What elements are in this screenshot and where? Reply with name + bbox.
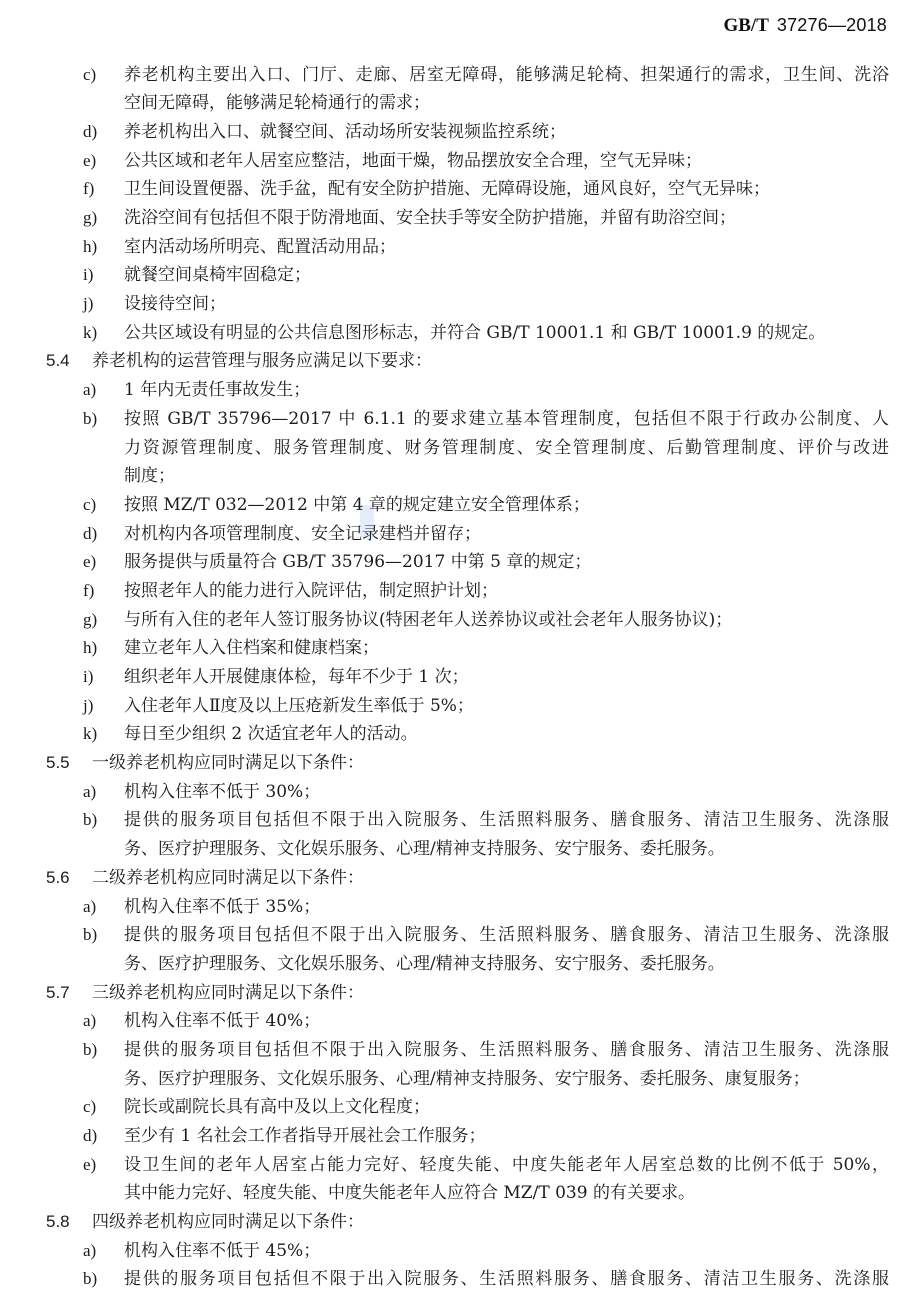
standard-code-header: GB/T37276—2018 xyxy=(723,12,887,38)
item-label: b) xyxy=(83,405,97,434)
list-item: i) 就餐空间桌椅牢固稳定； xyxy=(0,261,919,290)
item-label: j) xyxy=(83,692,93,721)
item-label: a) xyxy=(83,1237,96,1266)
item-text: 制度； xyxy=(124,462,889,491)
clause-heading-5-4: 5.4 养老机构的运营管理与服务应满足以下要求： xyxy=(0,347,919,376)
list-item-continuation: 务、医疗护理服务、文化娱乐服务、心理/精神支持服务、安宁服务、委托服务、康复服务… xyxy=(0,1065,919,1094)
list-item-continuation: 制度； xyxy=(0,462,919,491)
list-item: a) 1 年内无责任事故发生； xyxy=(0,376,919,405)
list-item: e) 设卫生间的老年人居室占能力完好、轻度失能、中度失能老年人居室总数的比例不低… xyxy=(0,1151,919,1180)
item-text: 设卫生间的老年人居室占能力完好、轻度失能、中度失能老年人居室总数的比例不低于 5… xyxy=(124,1151,889,1180)
list-item: e) 服务提供与质量符合 GB/T 35796—2017 中第 5 章的规定； xyxy=(0,548,919,577)
item-label: e) xyxy=(83,548,96,577)
item-text: 提供的服务项目包括但不限于出入院服务、生活照料服务、膳食服务、清洁卫生服务、洗涤… xyxy=(124,806,889,835)
item-label: h) xyxy=(83,233,97,262)
clause-heading-5-8: 5.8 四级养老机构应同时满足以下条件： xyxy=(0,1208,919,1237)
list-item-continuation: 空间无障碍，能够满足轮椅通行的需求； xyxy=(0,89,919,118)
item-text: 机构入住率不低于 35%； xyxy=(124,893,889,922)
item-label: a) xyxy=(83,893,96,922)
item-text: 按照 MZ/T 032—2012 中第 4 章的规定建立安全管理体系； xyxy=(124,491,889,520)
clause-title: 一级养老机构应同时满足以下条件： xyxy=(92,749,364,778)
item-text: 洗浴空间有包括但不限于防滑地面、安全扶手等安全防护措施，并留有助浴空间； xyxy=(124,204,889,233)
item-text: 1 年内无责任事故发生； xyxy=(124,376,889,405)
item-label: c) xyxy=(83,1093,96,1122)
item-text: 建立老年人入住档案和健康档案； xyxy=(124,634,889,663)
clause-title: 养老机构的运营管理与服务应满足以下要求： xyxy=(92,347,432,376)
list-item: f) 卫生间设置便器、洗手盆，配有安全防护措施、无障碍设施，通风良好，空气无异味… xyxy=(0,175,919,204)
list-item: c) 养老机构主要出入口、门厅、走廊、居室无障碍，能够满足轮椅、担架通行的需求，… xyxy=(0,61,919,90)
item-text: 组织老年人开展健康体检，每年不少于 1 次； xyxy=(124,663,889,692)
item-text: 机构入住率不低于 30%； xyxy=(124,778,889,807)
clause-heading-5-7: 5.7 三级养老机构应同时满足以下条件： xyxy=(0,979,919,1008)
item-text: 空间无障碍，能够满足轮椅通行的需求； xyxy=(124,89,889,118)
list-item: b) 提供的服务项目包括但不限于出入院服务、生活照料服务、膳食服务、清洁卫生服务… xyxy=(0,921,919,950)
item-text: 提供的服务项目包括但不限于出入院服务、生活照料服务、膳食服务、清洁卫生服务、洗涤… xyxy=(124,1265,889,1294)
item-text: 对机构内各项管理制度、安全记录建档并留存； xyxy=(124,520,889,549)
item-text: 提供的服务项目包括但不限于出入院服务、生活照料服务、膳食服务、清洁卫生服务、洗涤… xyxy=(124,1036,889,1065)
list-item: k) 每日至少组织 2 次适宜老年人的活动。 xyxy=(0,720,919,749)
clause-title: 四级养老机构应同时满足以下条件： xyxy=(92,1208,364,1237)
item-text: 与所有入住的老年人签订服务协议(特困老年人送养协议或社会老年人服务协议)； xyxy=(124,606,889,635)
item-label: b) xyxy=(83,806,97,835)
item-text: 机构入住率不低于 45%； xyxy=(124,1237,889,1266)
list-item: j) 设接待空间； xyxy=(0,290,919,319)
standard-number: 37276—2018 xyxy=(777,15,887,35)
item-text: 公共区域设有明显的公共信息图形标志，并符合 GB/T 10001.1 和 GB/… xyxy=(124,319,889,348)
item-label: i) xyxy=(83,261,93,290)
list-item-continuation: 务、医疗护理服务、文化娱乐服务、心理/精神支持服务、安宁服务、委托服务。 xyxy=(0,835,919,864)
item-label: k) xyxy=(83,319,97,348)
item-label: b) xyxy=(83,1036,97,1065)
item-label: g) xyxy=(83,606,97,635)
list-item: a) 机构入住率不低于 35%； xyxy=(0,893,919,922)
item-text: 室内活动场所明亮、配置活动用品； xyxy=(124,233,889,262)
item-label: d) xyxy=(83,118,97,147)
list-item: k) 公共区域设有明显的公共信息图形标志，并符合 GB/T 10001.1 和 … xyxy=(0,319,919,348)
item-text: 公共区域和老年人居室应整洁，地面干燥，物品摆放安全合理，空气无异味； xyxy=(124,147,889,176)
item-label: d) xyxy=(83,1122,97,1151)
list-item: d) 对机构内各项管理制度、安全记录建档并留存； xyxy=(0,520,919,549)
item-label: k) xyxy=(83,720,97,749)
item-text: 务、医疗护理服务、文化娱乐服务、心理/精神支持服务、安宁服务、委托服务。 xyxy=(124,835,889,864)
item-label: b) xyxy=(83,921,97,950)
list-item: j) 入住老年人Ⅱ度及以上压疮新发生率低于 5%； xyxy=(0,692,919,721)
list-item: b) 提供的服务项目包括但不限于出入院服务、生活照料服务、膳食服务、清洁卫生服务… xyxy=(0,1265,919,1294)
clause-number: 5.8 xyxy=(46,1208,70,1237)
clause-title: 二级养老机构应同时满足以下条件： xyxy=(92,864,364,893)
list-item: f) 按照老年人的能力进行入院评估，制定照护计划； xyxy=(0,577,919,606)
item-text: 每日至少组织 2 次适宜老年人的活动。 xyxy=(124,720,889,749)
item-label: a) xyxy=(83,1007,96,1036)
item-text: 养老机构主要出入口、门厅、走廊、居室无障碍，能够满足轮椅、担架通行的需求，卫生间… xyxy=(124,61,889,90)
item-text: 养老机构出入口、就餐空间、活动场所安装视频监控系统； xyxy=(124,118,889,147)
item-text: 卫生间设置便器、洗手盆，配有安全防护措施、无障碍设施，通风良好，空气无异味； xyxy=(124,175,889,204)
item-text: 务、医疗护理服务、文化娱乐服务、心理/精神支持服务、安宁服务、委托服务。 xyxy=(124,950,889,979)
clause-number: 5.4 xyxy=(46,347,70,376)
standard-prefix: GB/T xyxy=(723,15,768,36)
item-label: f) xyxy=(83,577,94,606)
list-item: c) 按照 MZ/T 032—2012 中第 4 章的规定建立安全管理体系； xyxy=(0,491,919,520)
clause-heading-5-6: 5.6 二级养老机构应同时满足以下条件： xyxy=(0,864,919,893)
item-text: 院长或副院长具有高中及以上文化程度； xyxy=(124,1093,889,1122)
item-label: h) xyxy=(83,634,97,663)
item-text: 按照 GB/T 35796—2017 中 6.1.1 的要求建立基本管理制度，包… xyxy=(124,405,889,434)
list-item: h) 室内活动场所明亮、配置活动用品； xyxy=(0,233,919,262)
list-item: d) 养老机构出入口、就餐空间、活动场所安装视频监控系统； xyxy=(0,118,919,147)
list-item: i) 组织老年人开展健康体检，每年不少于 1 次； xyxy=(0,663,919,692)
list-item: b) 按照 GB/T 35796—2017 中 6.1.1 的要求建立基本管理制… xyxy=(0,405,919,434)
list-item: a) 机构入住率不低于 45%； xyxy=(0,1237,919,1266)
item-text: 力资源管理制度、服务管理制度、财务管理制度、安全管理制度、后勤管理制度、评价与改… xyxy=(124,434,889,463)
item-label: c) xyxy=(83,61,96,90)
list-item: c) 院长或副院长具有高中及以上文化程度； xyxy=(0,1093,919,1122)
item-label: c) xyxy=(83,491,96,520)
item-text: 其中能力完好、轻度失能、中度失能老年人应符合 MZ/T 039 的有关要求。 xyxy=(124,1179,889,1208)
document-page: GB/T37276—2018 c) 养老机构主要出入口、门厅、走廊、居室无障碍，… xyxy=(0,0,919,1298)
item-text: 按照老年人的能力进行入院评估，制定照护计划； xyxy=(124,577,889,606)
item-label: b) xyxy=(83,1265,97,1294)
item-label: j) xyxy=(83,290,93,319)
item-label: i) xyxy=(83,663,93,692)
item-label: f) xyxy=(83,175,94,204)
item-text: 提供的服务项目包括但不限于出入院服务、生活照料服务、膳食服务、清洁卫生服务、洗涤… xyxy=(124,921,889,950)
item-label: a) xyxy=(83,778,96,807)
clause-number: 5.7 xyxy=(46,979,70,1008)
document-body: c) 养老机构主要出入口、门厅、走廊、居室无障碍，能够满足轮椅、担架通行的需求，… xyxy=(0,61,919,1295)
item-text: 至少有 1 名社会工作者指导开展社会工作服务； xyxy=(124,1122,889,1151)
clause-heading-5-5: 5.5 一级养老机构应同时满足以下条件： xyxy=(0,749,919,778)
item-text: 设接待空间； xyxy=(124,290,889,319)
list-item: d) 至少有 1 名社会工作者指导开展社会工作服务； xyxy=(0,1122,919,1151)
item-label: e) xyxy=(83,1151,96,1180)
item-text: 务、医疗护理服务、文化娱乐服务、心理/精神支持服务、安宁服务、委托服务、康复服务… xyxy=(124,1065,889,1094)
list-item: a) 机构入住率不低于 40%； xyxy=(0,1007,919,1036)
list-item-continuation: 其中能力完好、轻度失能、中度失能老年人应符合 MZ/T 039 的有关要求。 xyxy=(0,1179,919,1208)
clause-title: 三级养老机构应同时满足以下条件： xyxy=(92,979,364,1008)
list-item: h) 建立老年人入住档案和健康档案； xyxy=(0,634,919,663)
list-item: g) 与所有入住的老年人签订服务协议(特困老年人送养协议或社会老年人服务协议)； xyxy=(0,606,919,635)
list-item-continuation: 务、医疗护理服务、文化娱乐服务、心理/精神支持服务、安宁服务、委托服务。 xyxy=(0,950,919,979)
list-item: b) 提供的服务项目包括但不限于出入院服务、生活照料服务、膳食服务、清洁卫生服务… xyxy=(0,1036,919,1065)
list-item: b) 提供的服务项目包括但不限于出入院服务、生活照料服务、膳食服务、清洁卫生服务… xyxy=(0,806,919,835)
list-item: a) 机构入住率不低于 30%； xyxy=(0,778,919,807)
item-text: 机构入住率不低于 40%； xyxy=(124,1007,889,1036)
list-item-continuation: 力资源管理制度、服务管理制度、财务管理制度、安全管理制度、后勤管理制度、评价与改… xyxy=(0,434,919,463)
item-label: a) xyxy=(83,376,96,405)
item-label: e) xyxy=(83,147,96,176)
item-label: g) xyxy=(83,204,97,233)
item-label: d) xyxy=(83,520,97,549)
clause-number: 5.5 xyxy=(46,749,70,778)
item-text: 就餐空间桌椅牢固稳定； xyxy=(124,261,889,290)
item-text: 服务提供与质量符合 GB/T 35796—2017 中第 5 章的规定； xyxy=(124,548,889,577)
list-item: g) 洗浴空间有包括但不限于防滑地面、安全扶手等安全防护措施，并留有助浴空间； xyxy=(0,204,919,233)
clause-number: 5.6 xyxy=(46,864,70,893)
list-item: e) 公共区域和老年人居室应整洁，地面干燥，物品摆放安全合理，空气无异味； xyxy=(0,147,919,176)
item-text: 入住老年人Ⅱ度及以上压疮新发生率低于 5%； xyxy=(124,692,889,721)
